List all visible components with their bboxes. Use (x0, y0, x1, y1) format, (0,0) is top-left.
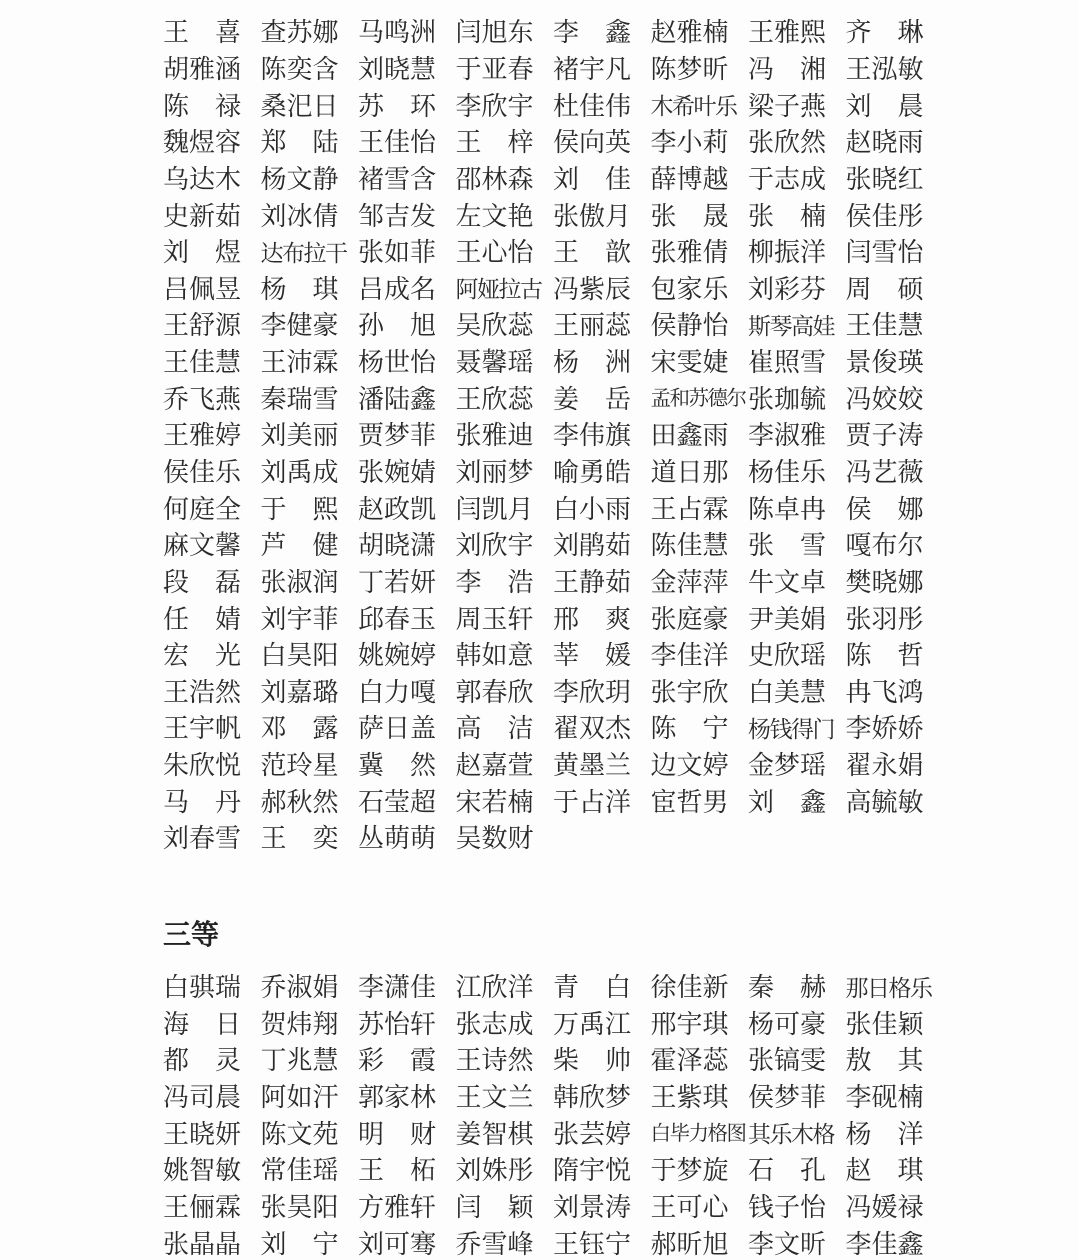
person-name: 于志成 (748, 162, 846, 199)
person-name: 姜智棋 (456, 1116, 554, 1153)
person-name: 郭春欣 (456, 675, 554, 712)
person-name: 刘 晨 (846, 88, 944, 125)
person-name: 姜 岳 (553, 381, 651, 418)
person-name: 张如菲 (358, 235, 456, 272)
person-name: 王静茹 (553, 565, 651, 602)
person-name: 张晓红 (846, 162, 944, 199)
person-name: 刘鹃茹 (553, 528, 651, 565)
person-name: 乔淑娟 (261, 970, 359, 1007)
person-name: 闫凯月 (456, 491, 554, 528)
person-name: 韩如意 (456, 638, 554, 675)
person-name: 侯 娜 (846, 491, 944, 528)
person-name: 杜佳伟 (553, 88, 651, 125)
person-name: 莘 媛 (553, 638, 651, 675)
person-name: 何庭全 (163, 491, 261, 528)
person-name: 王 柘 (358, 1153, 456, 1190)
person-name: 白美慧 (748, 675, 846, 712)
person-name: 杨钱得门 (748, 711, 846, 748)
person-name: 贺炜翔 (261, 1006, 359, 1043)
person-name: 马 丹 (163, 784, 261, 821)
person-name: 金萍萍 (651, 565, 749, 602)
person-name: 白小雨 (553, 491, 651, 528)
person-name: 吴数财 (456, 821, 554, 858)
person-name: 于 熙 (261, 491, 359, 528)
person-name: 张 雪 (748, 528, 846, 565)
document-page: 王 喜查苏娜马鸣洲闫旭东李 鑫赵雅楠王雅熙齐 琳胡雅涵陈奕含刘晓慧于亚春褚宇凡陈… (0, 0, 1078, 1260)
name-list-section-third-class: 三等 白骐瑞乔淑娟李潇佳江欣洋青 白徐佳新秦 赫那日格乐海 日贺炜翔苏怡轩张志成… (0, 918, 1078, 1260)
person-name: 石 孔 (748, 1153, 846, 1190)
person-name: 吕成名 (358, 271, 456, 308)
person-name: 丛萌萌 (358, 821, 456, 858)
person-name: 张欣然 (748, 125, 846, 162)
person-name: 张志成 (456, 1006, 554, 1043)
person-name: 张佳颖 (846, 1006, 944, 1043)
person-name: 闫雪怡 (846, 235, 944, 272)
person-name: 张晶晶 (163, 1226, 261, 1260)
person-name: 乌达木 (163, 162, 261, 199)
person-name: 冉飞鸿 (846, 675, 944, 712)
person-name: 赵嘉萱 (456, 748, 554, 785)
person-name: 杨世怡 (358, 345, 456, 382)
person-name: 杨 洋 (846, 1116, 944, 1153)
person-name: 徐佳新 (651, 970, 749, 1007)
person-name: 刘 鑫 (748, 784, 846, 821)
person-name: 史新茹 (163, 198, 261, 235)
person-name: 翟双杰 (553, 711, 651, 748)
person-name: 邢 爽 (553, 601, 651, 638)
person-name: 王 喜 (163, 15, 261, 52)
person-name: 周 硕 (846, 271, 944, 308)
person-name: 王浩然 (163, 675, 261, 712)
person-name: 白毕力格图 (651, 1116, 749, 1153)
person-name: 冯 湘 (748, 52, 846, 89)
person-name: 闫 颖 (456, 1190, 554, 1227)
person-name: 麻文馨 (163, 528, 261, 565)
person-name: 刘宇菲 (261, 601, 359, 638)
person-name: 邓 露 (261, 711, 359, 748)
person-name: 王晓妍 (163, 1116, 261, 1153)
person-name: 张淑润 (261, 565, 359, 602)
person-name: 张雅迪 (456, 418, 554, 455)
person-name: 景俊瑛 (846, 345, 944, 382)
person-name: 刘冰倩 (261, 198, 359, 235)
person-name: 孙 旭 (358, 308, 456, 345)
person-name: 姚婉婷 (358, 638, 456, 675)
person-name: 杨可豪 (748, 1006, 846, 1043)
person-name: 冀 然 (358, 748, 456, 785)
person-name: 刘 佳 (553, 162, 651, 199)
person-name: 钱子怡 (748, 1190, 846, 1227)
person-name: 褚宇凡 (553, 52, 651, 89)
person-name: 王舒源 (163, 308, 261, 345)
person-name: 于占洋 (553, 784, 651, 821)
person-name: 木希叶乐 (651, 88, 749, 125)
person-name: 王文兰 (456, 1080, 554, 1117)
person-name: 张昊阳 (261, 1190, 359, 1227)
person-name: 青 白 (553, 970, 651, 1007)
person-name: 胡雅涵 (163, 52, 261, 89)
person-name: 陈佳慧 (651, 528, 749, 565)
person-name: 田鑫雨 (651, 418, 749, 455)
person-name: 梁子燕 (748, 88, 846, 125)
person-name: 黄墨兰 (553, 748, 651, 785)
person-name: 魏煜容 (163, 125, 261, 162)
person-name: 韩欣梦 (553, 1080, 651, 1117)
person-name: 隋宇悦 (553, 1153, 651, 1190)
person-name: 孟和苏德尔 (651, 381, 749, 418)
person-name: 刘春雪 (163, 821, 261, 858)
person-name: 王雅婷 (163, 418, 261, 455)
person-name: 萨日盖 (358, 711, 456, 748)
person-name: 王紫琪 (651, 1080, 749, 1117)
person-name: 刘晓慧 (358, 52, 456, 89)
person-name: 陈奕含 (261, 52, 359, 89)
person-name: 于亚春 (456, 52, 554, 89)
winner-name-grid: 白骐瑞乔淑娟李潇佳江欣洋青 白徐佳新秦 赫那日格乐海 日贺炜翔苏怡轩张志成万禹江… (163, 970, 1078, 1260)
person-name: 冯紫辰 (553, 271, 651, 308)
person-name: 李砚楠 (846, 1080, 944, 1117)
person-name: 朱欣悦 (163, 748, 261, 785)
person-name: 敖 其 (846, 1043, 944, 1080)
person-name: 任 婧 (163, 601, 261, 638)
person-name: 苏怡轩 (358, 1006, 456, 1043)
person-name: 李欣宇 (456, 88, 554, 125)
person-name: 郑 陆 (261, 125, 359, 162)
winner-name-grid: 王 喜查苏娜马鸣洲闫旭东李 鑫赵雅楠王雅熙齐 琳胡雅涵陈奕含刘晓慧于亚春褚宇凡陈… (163, 0, 1078, 858)
person-name: 张羽彤 (846, 601, 944, 638)
person-name: 周玉轩 (456, 601, 554, 638)
person-name: 乔雪峰 (456, 1226, 554, 1260)
person-name: 张宇欣 (651, 675, 749, 712)
person-name: 乔飞燕 (163, 381, 261, 418)
person-name: 李娇娇 (846, 711, 944, 748)
person-name: 丁兆慧 (261, 1043, 359, 1080)
person-name: 郝昕旭 (651, 1226, 749, 1260)
person-name: 齐 琳 (846, 15, 944, 52)
person-name: 李健豪 (261, 308, 359, 345)
person-name: 宦哲男 (651, 784, 749, 821)
person-name: 杨佳乐 (748, 455, 846, 492)
person-name: 白骐瑞 (163, 970, 261, 1007)
person-name: 杨文静 (261, 162, 359, 199)
person-name: 江欣洋 (456, 970, 554, 1007)
person-name: 李欣玥 (553, 675, 651, 712)
person-name: 王心怡 (456, 235, 554, 272)
person-name: 邢宇琪 (651, 1006, 749, 1043)
person-name: 杨 洲 (553, 345, 651, 382)
person-name: 侯静怡 (651, 308, 749, 345)
person-name: 其乐木格 (748, 1116, 846, 1153)
person-name: 陈 宁 (651, 711, 749, 748)
person-name: 潘陆鑫 (358, 381, 456, 418)
person-name: 刘欣宇 (456, 528, 554, 565)
person-name: 侯佳彤 (846, 198, 944, 235)
person-name: 马鸣洲 (358, 15, 456, 52)
person-name: 侯佳乐 (163, 455, 261, 492)
person-name: 陈文苑 (261, 1116, 359, 1153)
person-name: 李潇佳 (358, 970, 456, 1007)
person-name: 陈 禄 (163, 88, 261, 125)
person-name: 陈卓冉 (748, 491, 846, 528)
person-name: 嘎布尔 (846, 528, 944, 565)
person-name: 宏 光 (163, 638, 261, 675)
person-name: 秦瑞雪 (261, 381, 359, 418)
person-name: 方雅轩 (358, 1190, 456, 1227)
person-name: 丁若妍 (358, 565, 456, 602)
person-name: 赵雅楠 (651, 15, 749, 52)
person-name: 王雅熙 (748, 15, 846, 52)
person-name: 刘丽梦 (456, 455, 554, 492)
person-name: 王 歆 (553, 235, 651, 272)
person-name: 张庭豪 (651, 601, 749, 638)
person-name: 杨 琪 (261, 271, 359, 308)
person-name: 柳振洋 (748, 235, 846, 272)
person-name: 彩 霞 (358, 1043, 456, 1080)
person-name: 都 灵 (163, 1043, 261, 1080)
person-name: 冯姣姣 (846, 381, 944, 418)
person-name: 王丽蕊 (553, 308, 651, 345)
person-name: 段 磊 (163, 565, 261, 602)
person-name: 阿娅拉古 (456, 271, 554, 308)
person-name: 边文婷 (651, 748, 749, 785)
person-name: 包家乐 (651, 271, 749, 308)
person-name: 刘 宁 (261, 1226, 359, 1260)
person-name: 邹吉发 (358, 198, 456, 235)
person-name: 褚雪含 (358, 162, 456, 199)
person-name: 王佳怡 (358, 125, 456, 162)
person-name: 聂馨瑶 (456, 345, 554, 382)
person-name: 刘彩芬 (748, 271, 846, 308)
person-name: 喻勇皓 (553, 455, 651, 492)
person-name: 吴欣蕊 (456, 308, 554, 345)
person-name: 范玲星 (261, 748, 359, 785)
person-name: 左文艳 (456, 198, 554, 235)
person-name: 海 日 (163, 1006, 261, 1043)
person-name: 石莹超 (358, 784, 456, 821)
person-name: 道日那 (651, 455, 749, 492)
person-name: 吕佩昱 (163, 271, 261, 308)
person-name: 贾梦菲 (358, 418, 456, 455)
person-name: 张 楠 (748, 198, 846, 235)
person-name: 翟永娟 (846, 748, 944, 785)
person-name: 李 鑫 (553, 15, 651, 52)
person-name: 侯梦菲 (748, 1080, 846, 1117)
person-name: 郝秋然 (261, 784, 359, 821)
person-name: 赵 琪 (846, 1153, 944, 1190)
person-name: 李伟旗 (553, 418, 651, 455)
person-name: 陈 哲 (846, 638, 944, 675)
person-name: 秦 赫 (748, 970, 846, 1007)
person-name: 张婉婧 (358, 455, 456, 492)
person-name: 贾子涛 (846, 418, 944, 455)
person-name: 刘美丽 (261, 418, 359, 455)
person-name: 王诗然 (456, 1043, 554, 1080)
person-name: 陈梦昕 (651, 52, 749, 89)
person-name: 冯媛禄 (846, 1190, 944, 1227)
person-name: 李佳洋 (651, 638, 749, 675)
person-name: 王占霖 (651, 491, 749, 528)
person-name: 宋若楠 (456, 784, 554, 821)
person-name: 侯向英 (553, 125, 651, 162)
person-name: 冯艺薇 (846, 455, 944, 492)
person-name: 王宇帆 (163, 711, 261, 748)
person-name: 高 洁 (456, 711, 554, 748)
person-name: 刘禹成 (261, 455, 359, 492)
person-name: 崔照雪 (748, 345, 846, 382)
person-name: 李佳鑫 (846, 1226, 944, 1260)
person-name: 王佳慧 (846, 308, 944, 345)
person-name: 霍泽蕊 (651, 1043, 749, 1080)
person-name: 张镐雯 (748, 1043, 846, 1080)
person-name: 斯琴高娃 (748, 308, 846, 345)
person-name: 张芸婷 (553, 1116, 651, 1153)
person-name: 查苏娜 (261, 15, 359, 52)
person-name: 刘姝彤 (456, 1153, 554, 1190)
person-name: 李文昕 (748, 1226, 846, 1260)
person-name: 王欣蕊 (456, 381, 554, 418)
person-name: 明 财 (358, 1116, 456, 1153)
person-name: 王沛霖 (261, 345, 359, 382)
person-name: 张傲月 (553, 198, 651, 235)
person-name: 邱春玉 (358, 601, 456, 638)
person-name: 赵政凯 (358, 491, 456, 528)
person-name: 郭家林 (358, 1080, 456, 1117)
person-name: 王可心 (651, 1190, 749, 1227)
section-heading-third-class: 三等 (163, 918, 1078, 954)
person-name: 张 晟 (651, 198, 749, 235)
person-name: 王佳慧 (163, 345, 261, 382)
person-name: 刘 煜 (163, 235, 261, 272)
person-name: 白力嘎 (358, 675, 456, 712)
person-name: 李淑雅 (748, 418, 846, 455)
person-name: 宋雯婕 (651, 345, 749, 382)
person-name: 薛博越 (651, 162, 749, 199)
person-name: 冯司晨 (163, 1080, 261, 1117)
person-name: 柴 帅 (553, 1043, 651, 1080)
person-name: 芦 健 (261, 528, 359, 565)
person-name: 李小莉 (651, 125, 749, 162)
person-name: 那日格乐 (846, 970, 944, 1007)
person-name: 张珈毓 (748, 381, 846, 418)
person-name: 王 梓 (456, 125, 554, 162)
person-name: 达布拉干 (261, 235, 359, 272)
person-name: 桑汜日 (261, 88, 359, 125)
person-name: 金梦瑶 (748, 748, 846, 785)
person-name: 苏 环 (358, 88, 456, 125)
person-name: 李 浩 (456, 565, 554, 602)
person-name: 史欣瑶 (748, 638, 846, 675)
person-name: 王俪霖 (163, 1190, 261, 1227)
person-name: 阿如汗 (261, 1080, 359, 1117)
person-name: 于梦旋 (651, 1153, 749, 1190)
person-name: 牛文卓 (748, 565, 846, 602)
person-name: 常佳瑶 (261, 1153, 359, 1190)
person-name: 王泓敏 (846, 52, 944, 89)
person-name: 白昊阳 (261, 638, 359, 675)
name-list-section-1: 王 喜查苏娜马鸣洲闫旭东李 鑫赵雅楠王雅熙齐 琳胡雅涵陈奕含刘晓慧于亚春褚宇凡陈… (0, 0, 1078, 858)
person-name: 王 奕 (261, 821, 359, 858)
person-name: 赵晓雨 (846, 125, 944, 162)
person-name: 刘景涛 (553, 1190, 651, 1227)
person-name: 姚智敏 (163, 1153, 261, 1190)
person-name: 刘嘉璐 (261, 675, 359, 712)
person-name: 胡晓潇 (358, 528, 456, 565)
person-name: 王钰宁 (553, 1226, 651, 1260)
person-name: 邵林森 (456, 162, 554, 199)
person-name: 张雅倩 (651, 235, 749, 272)
person-name: 万禹江 (553, 1006, 651, 1043)
person-name: 刘可骞 (358, 1226, 456, 1260)
person-name: 高毓敏 (846, 784, 944, 821)
person-name: 闫旭东 (456, 15, 554, 52)
person-name: 尹美娟 (748, 601, 846, 638)
person-name: 樊晓娜 (846, 565, 944, 602)
